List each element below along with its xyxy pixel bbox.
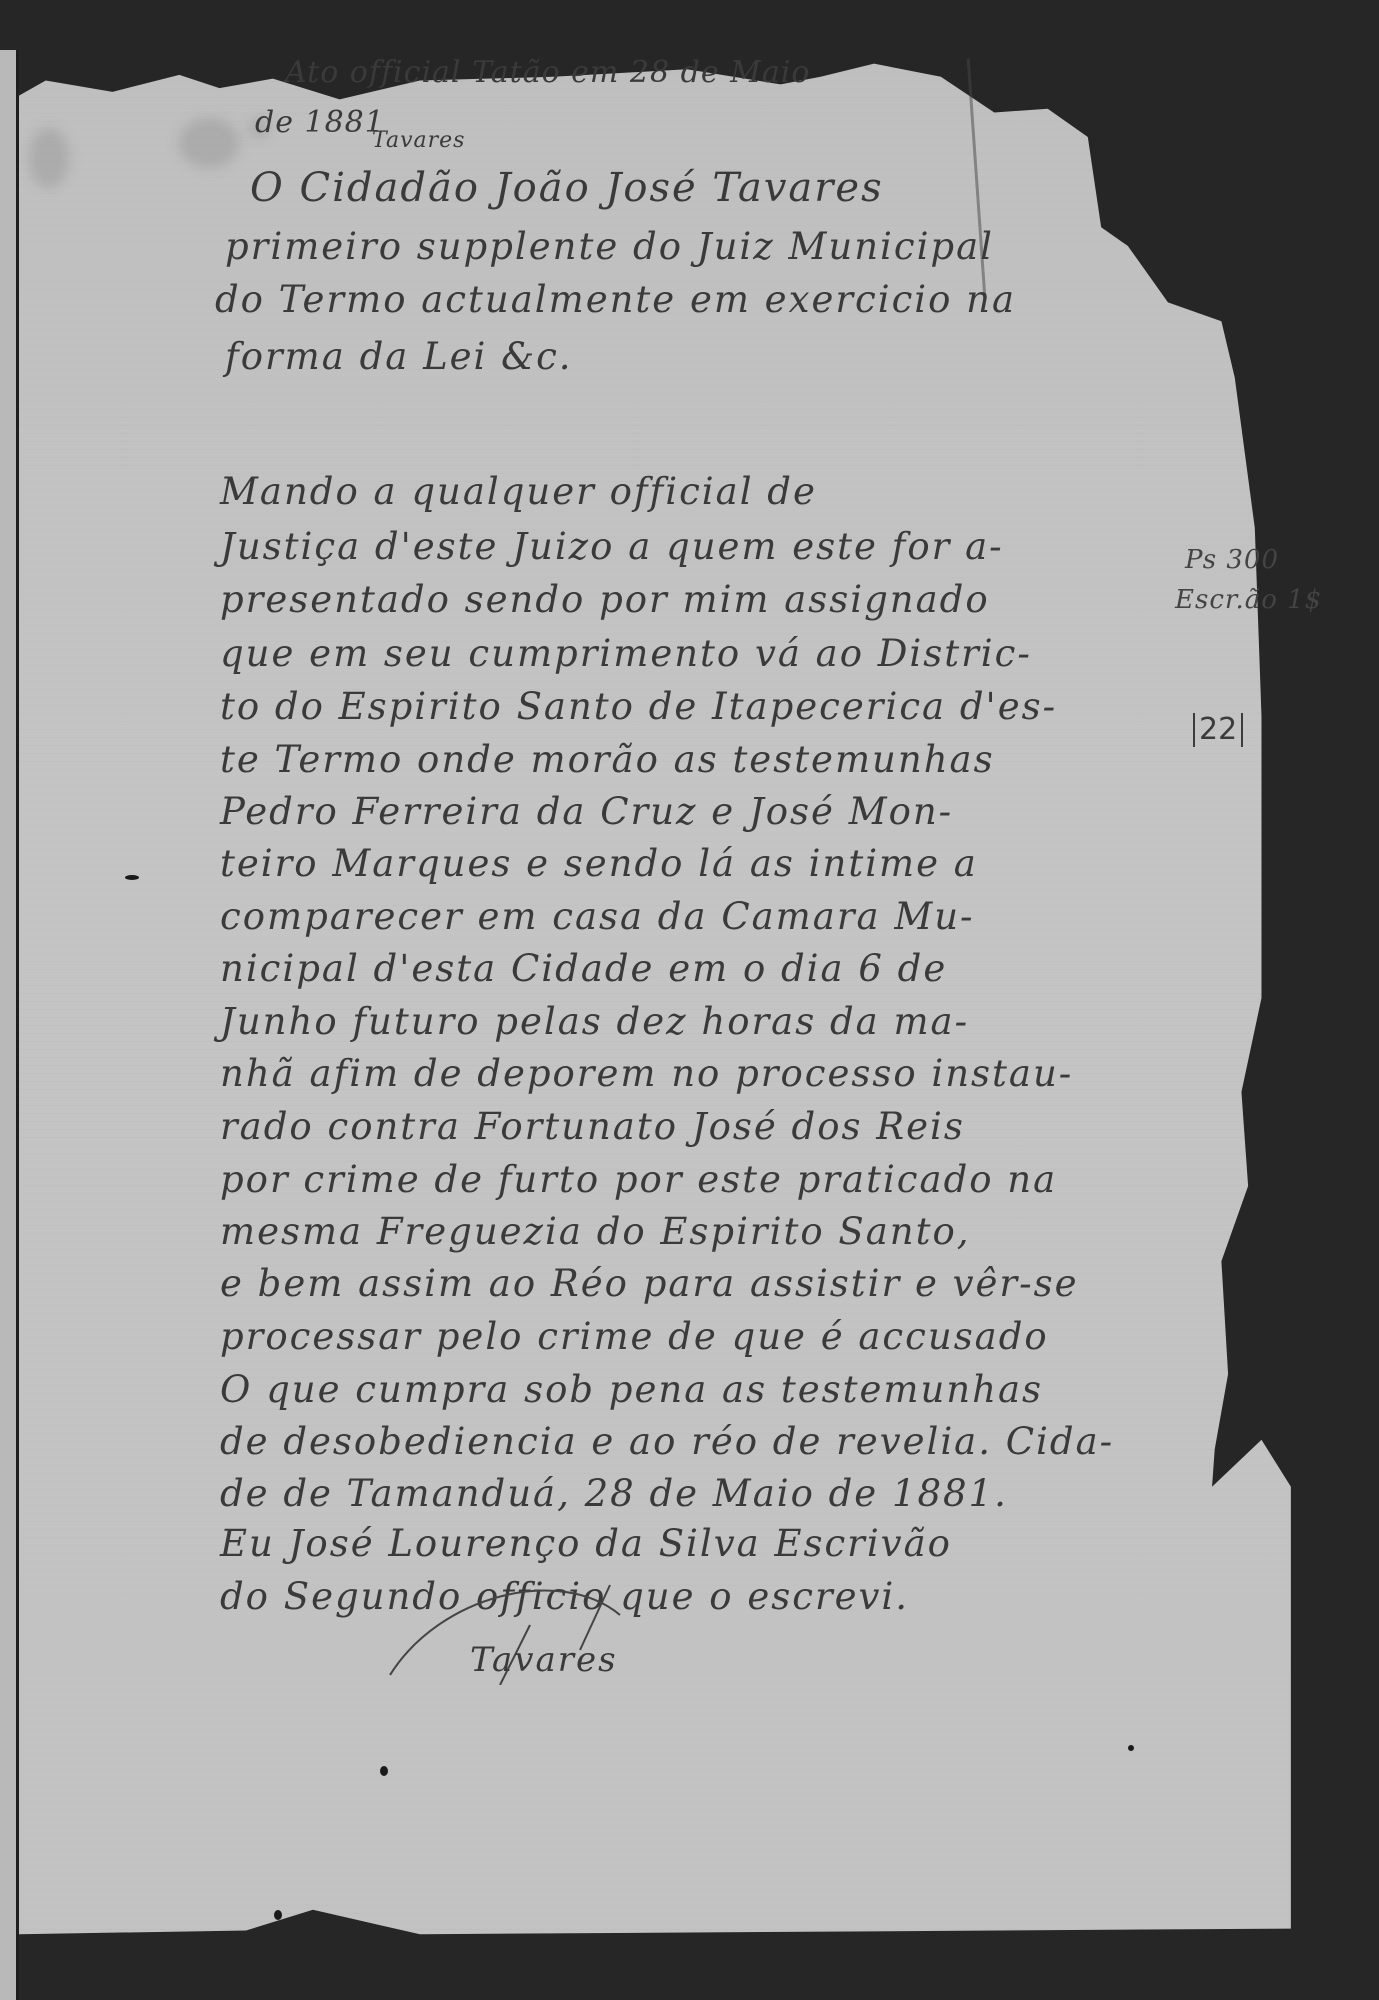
margin-note-line-1: Ps 300	[1185, 545, 1279, 575]
body-line: te Termo onde morão as testemunhas	[220, 738, 995, 781]
header-line-1: Ato official Tatão em 28 de Maio	[285, 55, 810, 90]
ink-speck	[1128, 1745, 1134, 1751]
body-line: rado contra Fortunato José dos Reis	[220, 1105, 965, 1148]
body-line: Mando a qualquer official de	[220, 470, 817, 513]
body-line: e bem assim ao Réo para assistir e vêr-s…	[220, 1262, 1078, 1305]
body-line: nicipal d'esta Cidade em o dia 6 de	[220, 947, 947, 990]
body-line: teiro Marques e sendo lá as intime a	[220, 842, 978, 885]
body-line: nhã afim de deporem no processo instau-	[220, 1052, 1073, 1095]
body-line: Junho futuro pelas dez horas da ma-	[220, 1000, 969, 1043]
signature: Tavares	[470, 1640, 618, 1680]
manuscript-page	[19, 58, 1355, 1938]
ink-speck	[380, 1766, 388, 1776]
body-line: Justiça d'este Juizo a quem este for a-	[220, 525, 1004, 568]
body-line: Pedro Ferreira da Cruz e José Mon-	[220, 790, 953, 833]
body-line: de desobediencia e ao réo de revelia. Ci…	[220, 1420, 1114, 1463]
addressee-line-1: O Cidadão João José Tavares	[250, 165, 884, 211]
header-line-2: de 1881	[255, 105, 385, 140]
margin-note-line-2: Escr.ão 1$	[1175, 585, 1322, 615]
adjacent-page-edge	[0, 50, 19, 2000]
body-line: Eu José Lourenço da Silva Escrivão	[220, 1522, 952, 1565]
ink-speck	[125, 875, 139, 880]
addressee-line-3: do Termo actualmente em exercicio na	[215, 278, 1016, 321]
body-line: que em seu cumprimento vá ao Distric-	[220, 632, 1032, 675]
folio-number: 22	[1193, 713, 1243, 747]
addressee-line-2: primeiro supplente do Juiz Municipal	[225, 225, 994, 268]
ink-speck	[274, 1910, 282, 1920]
body-line: presentado sendo por mim assignado	[220, 578, 990, 621]
body-line: de de Tamanduá, 28 de Maio de 1881.	[220, 1472, 1008, 1515]
body-line: processar pelo crime de que é accusado	[220, 1315, 1049, 1358]
body-line: por crime de furto por este praticado na	[220, 1158, 1057, 1201]
header-annotation: Tavares	[372, 128, 465, 153]
addressee-line-4: forma da Lei &c.	[225, 335, 573, 378]
body-line: comparecer em casa da Camara Mu-	[220, 895, 975, 938]
body-line: mesma Freguezia do Espirito Santo,	[220, 1210, 971, 1253]
stain	[179, 118, 239, 168]
body-line: to do Espirito Santo de Itapecerica d'es…	[220, 685, 1057, 728]
stain	[29, 128, 69, 188]
body-line: O que cumpra sob pena as testemunhas	[220, 1368, 1043, 1411]
